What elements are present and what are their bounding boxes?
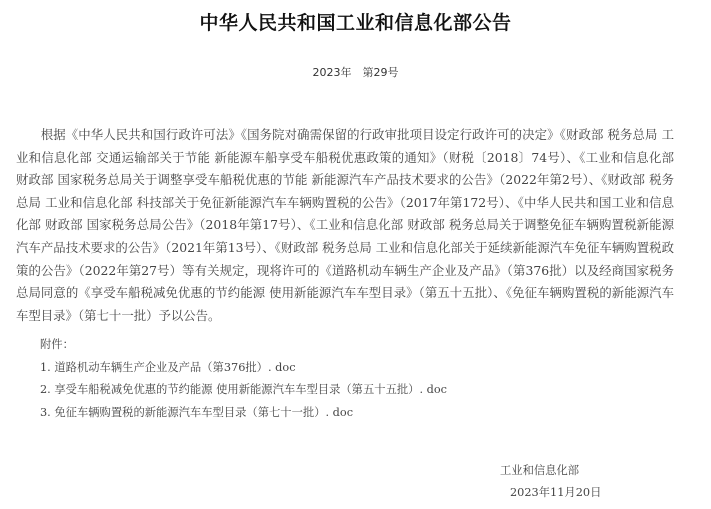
signature-block: 工业和信息化部 2023年11月20日: [500, 460, 601, 504]
announcement-body: 根据《中华人民共和国行政许可法》《国务院对确需保留的行政审批项目设定行政许可的决…: [16, 124, 674, 327]
attachment-link-2[interactable]: 2. 享受车船税减免优惠的节约能源 使用新能源汽车车型目录（第五十五批）. do…: [40, 379, 447, 402]
page-title: 中华人民共和国工业和信息化部公告: [0, 8, 711, 35]
attachment-link-1[interactable]: 1. 道路机动车辆生产企业及产品（第376批）. doc: [40, 357, 447, 380]
issuer: 工业和信息化部: [500, 460, 601, 482]
announcement-number: 2023年 第29号: [0, 64, 711, 80]
attachments-section: 附件： 1. 道路机动车辆生产企业及产品（第376批）. doc 2. 享受车船…: [40, 334, 447, 424]
attachments-label: 附件：: [40, 334, 447, 357]
attachment-link-3[interactable]: 3. 免征车辆购置税的新能源汽车车型目录（第七十一批）. doc: [40, 402, 447, 425]
issue-date: 2023年11月20日: [500, 482, 601, 504]
